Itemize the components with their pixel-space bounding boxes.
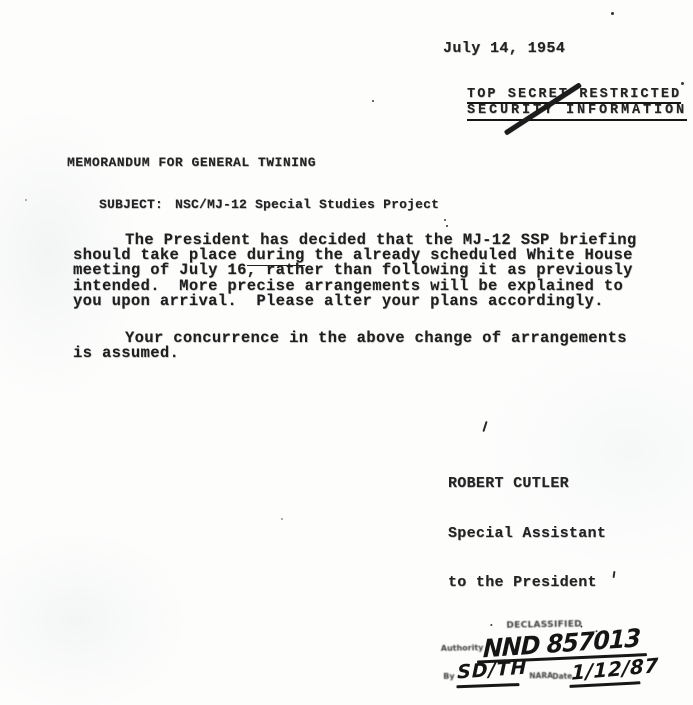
apostrophe-mark [613, 571, 616, 578]
subject-label: SUBJECT: [99, 197, 163, 212]
ink-speck [444, 219, 446, 221]
paragraph2-line2: is assumed. [73, 346, 627, 361]
ink-speck [681, 82, 684, 85]
by-value-handwritten: SD/TH [457, 657, 527, 684]
ink-speck [446, 225, 448, 227]
ink-speck [25, 199, 27, 201]
signature-title-line2: to the President [448, 575, 606, 592]
classification-line2: SECURITY INFORMATION [467, 104, 687, 121]
date-label: Date [552, 672, 572, 681]
agency-label: NARA [529, 671, 553, 680]
signature-name: ROBERT CUTLER [448, 476, 606, 493]
memo-document-page: July 14, 1954 TOP SECRET RESTRICTED SECU… [0, 0, 693, 705]
body-paragraph-2: Your concurrence in the above change of … [73, 331, 627, 361]
signature-title-line1: Special Assistant [448, 526, 606, 543]
stray-pen-mark [482, 421, 487, 432]
declassification-stamp: DECLASSIFIED Authority NND 857013 By SD/… [424, 610, 681, 705]
ink-speck [490, 624, 492, 626]
memorandum-heading: MEMORANDUM FOR GENERAL TWINING [67, 155, 316, 170]
subject-line: SUBJECT:NSC/MJ-12 Special Studies Projec… [67, 182, 439, 227]
ink-speck [372, 100, 374, 102]
ink-speck [281, 518, 283, 520]
paragraph1-line5: you upon arrival. Please alter your plan… [73, 294, 637, 309]
body-paragraph-1: The President has decided that the MJ-12… [73, 233, 637, 309]
by-underline [456, 683, 519, 688]
authority-label: Authority [441, 643, 484, 653]
date-line: July 14, 1954 [443, 40, 565, 57]
by-label: By [443, 672, 454, 681]
subject-text: NSC/MJ-12 Special Studies Project [175, 197, 439, 212]
signature-block: ROBERT CUTLER Special Assistant to the P… [448, 443, 606, 625]
ink-speck [611, 12, 614, 15]
